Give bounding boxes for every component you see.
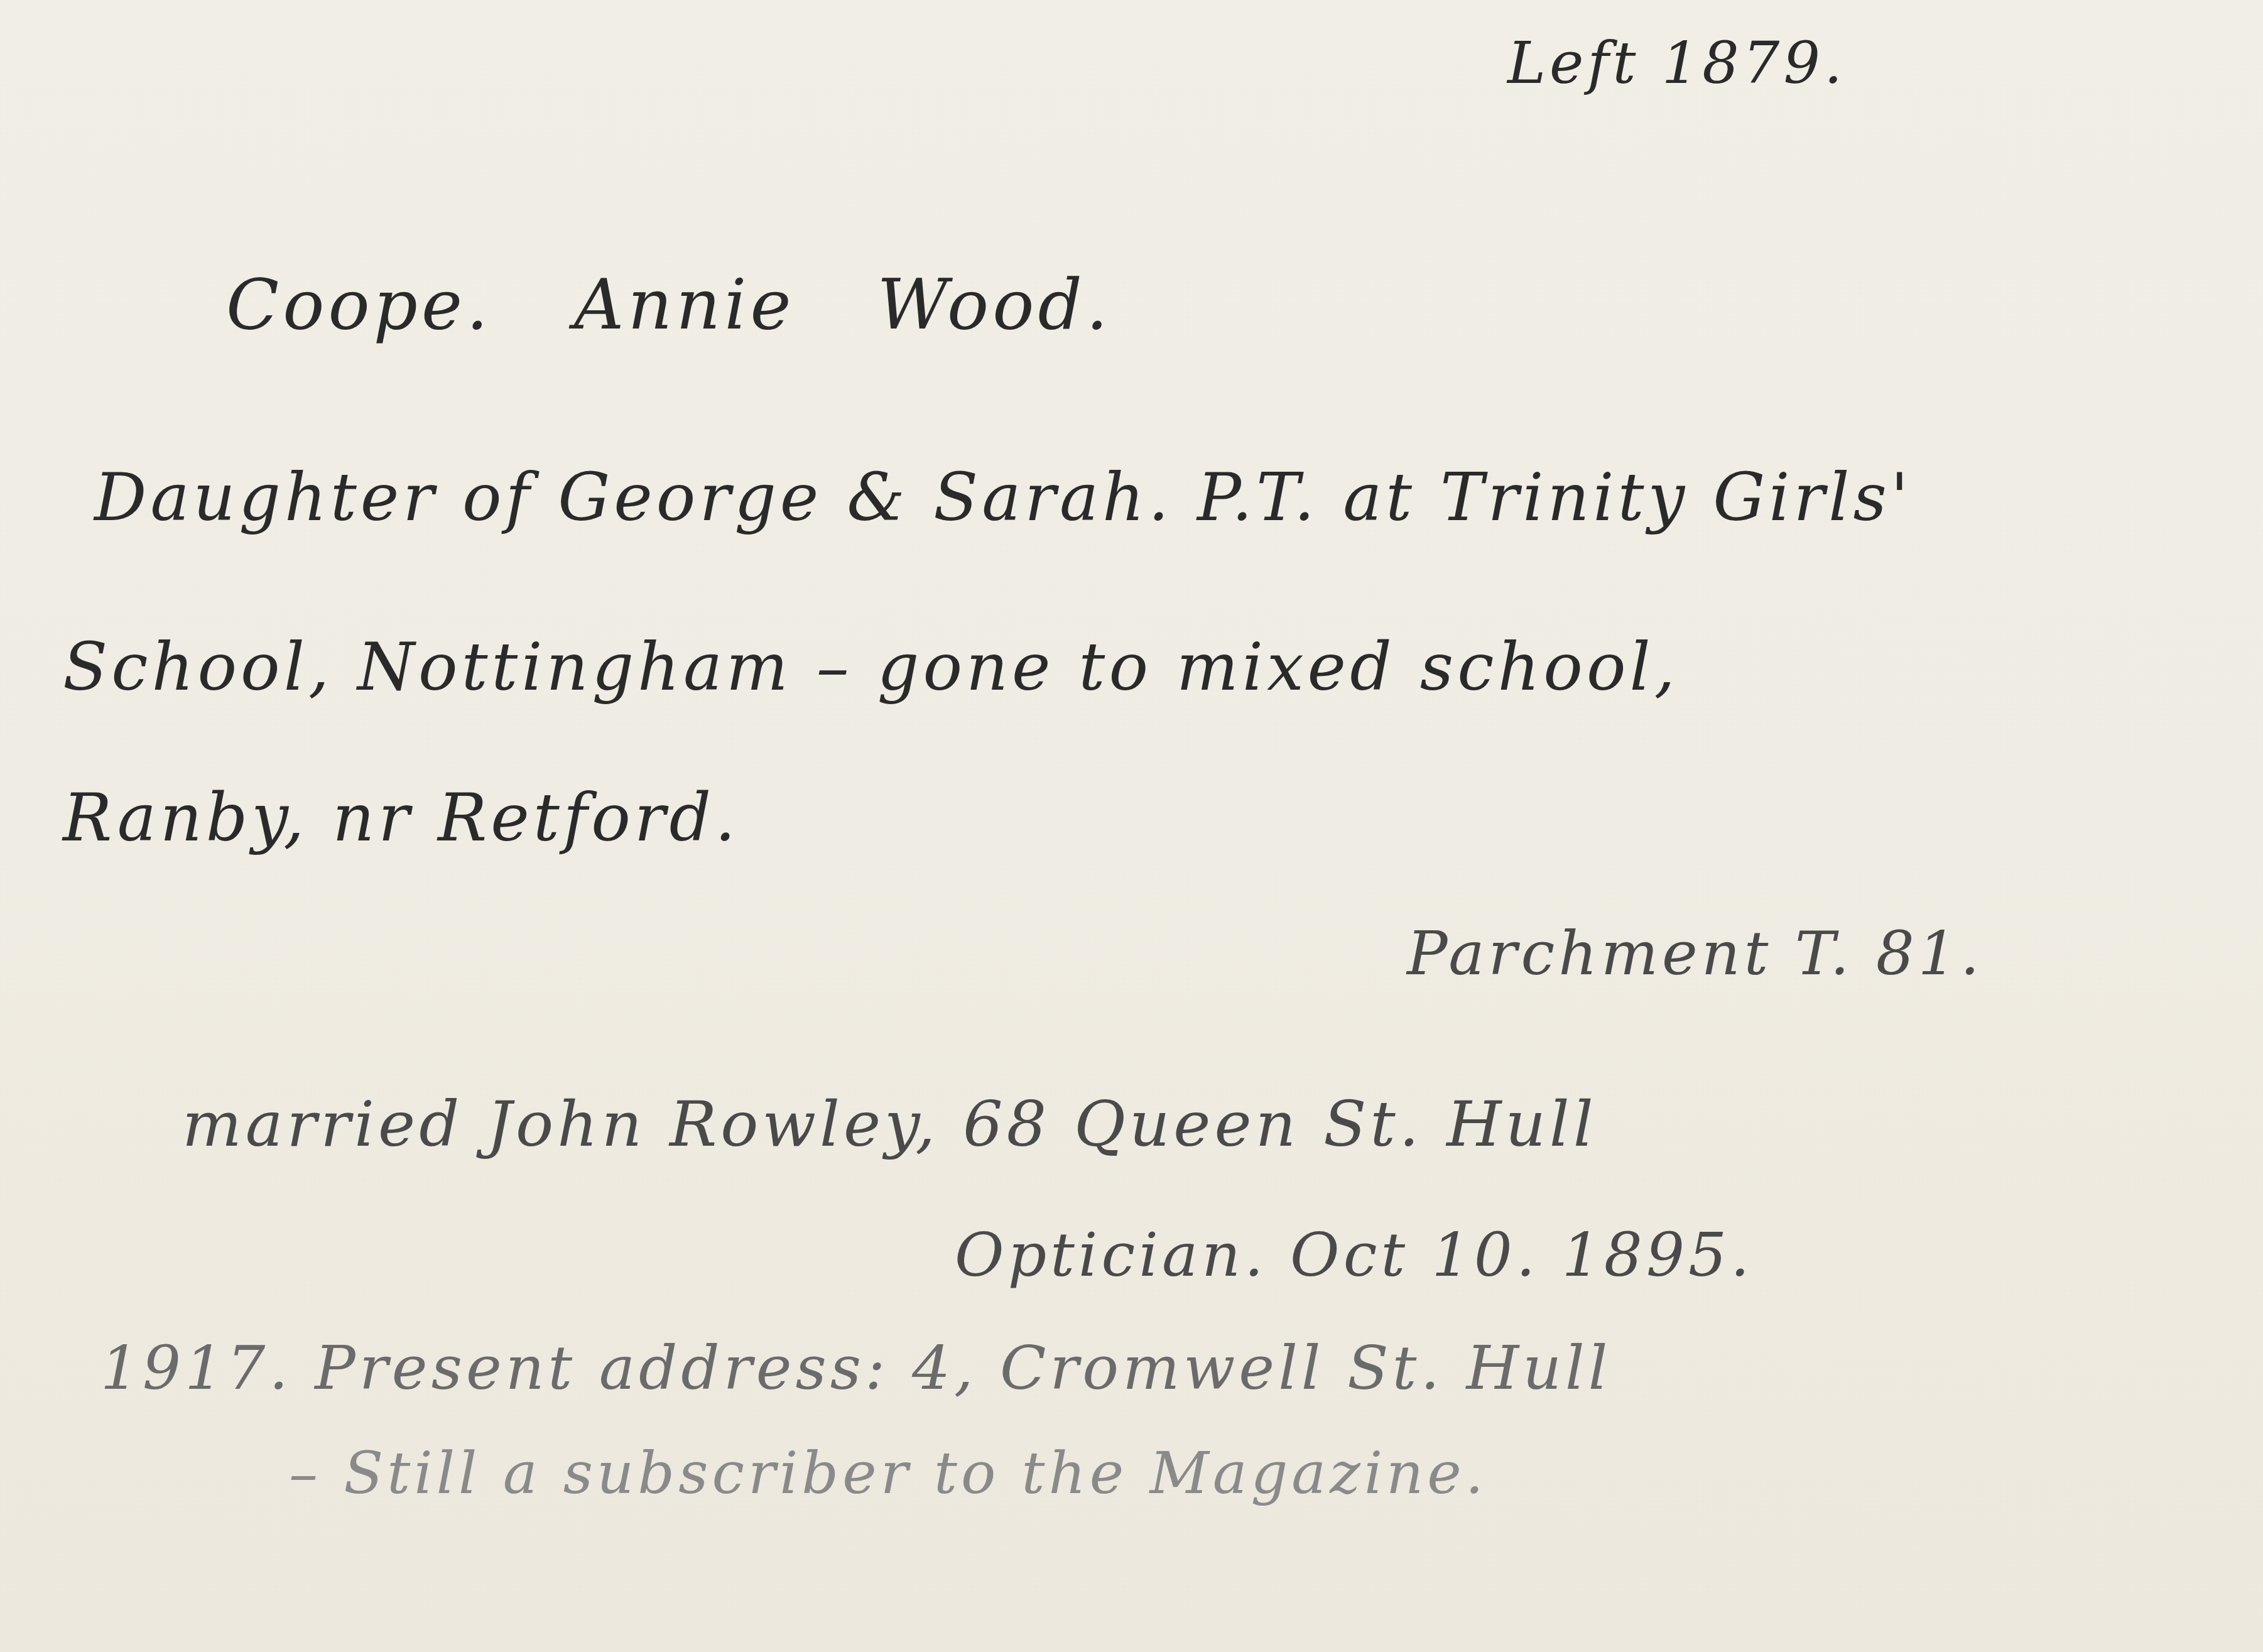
parchment-reference: Parchment T. 81. [1407,923,1983,984]
occupation-and-date: Optician. Oct 10. 1895. [955,1225,1754,1285]
given-names: Annie Wood. [574,264,1112,345]
biography-line-3: Ranby, nr Retford. [63,785,739,850]
present-address: 1917. Present address: 4, Cromwell St. H… [100,1338,1611,1398]
name-line: Coope. Annie Wood. [226,270,1112,339]
marriage-note: married John Rowley, 68 Queen St. Hull [182,1093,1597,1156]
surname: Coope. [226,264,492,345]
biography-line-1: Daughter of George & Sarah. P.T. at Trin… [94,465,1913,530]
subscriber-note: – Still a subscriber to the Magazine. [289,1445,1487,1503]
biography-line-2: School, Nottingham – gone to mixed schoo… [63,634,1679,700]
document-page: Left 1879. Coope. Annie Wood. Daughter o… [0,0,2263,1652]
left-date: Left 1879. [1507,35,1846,92]
